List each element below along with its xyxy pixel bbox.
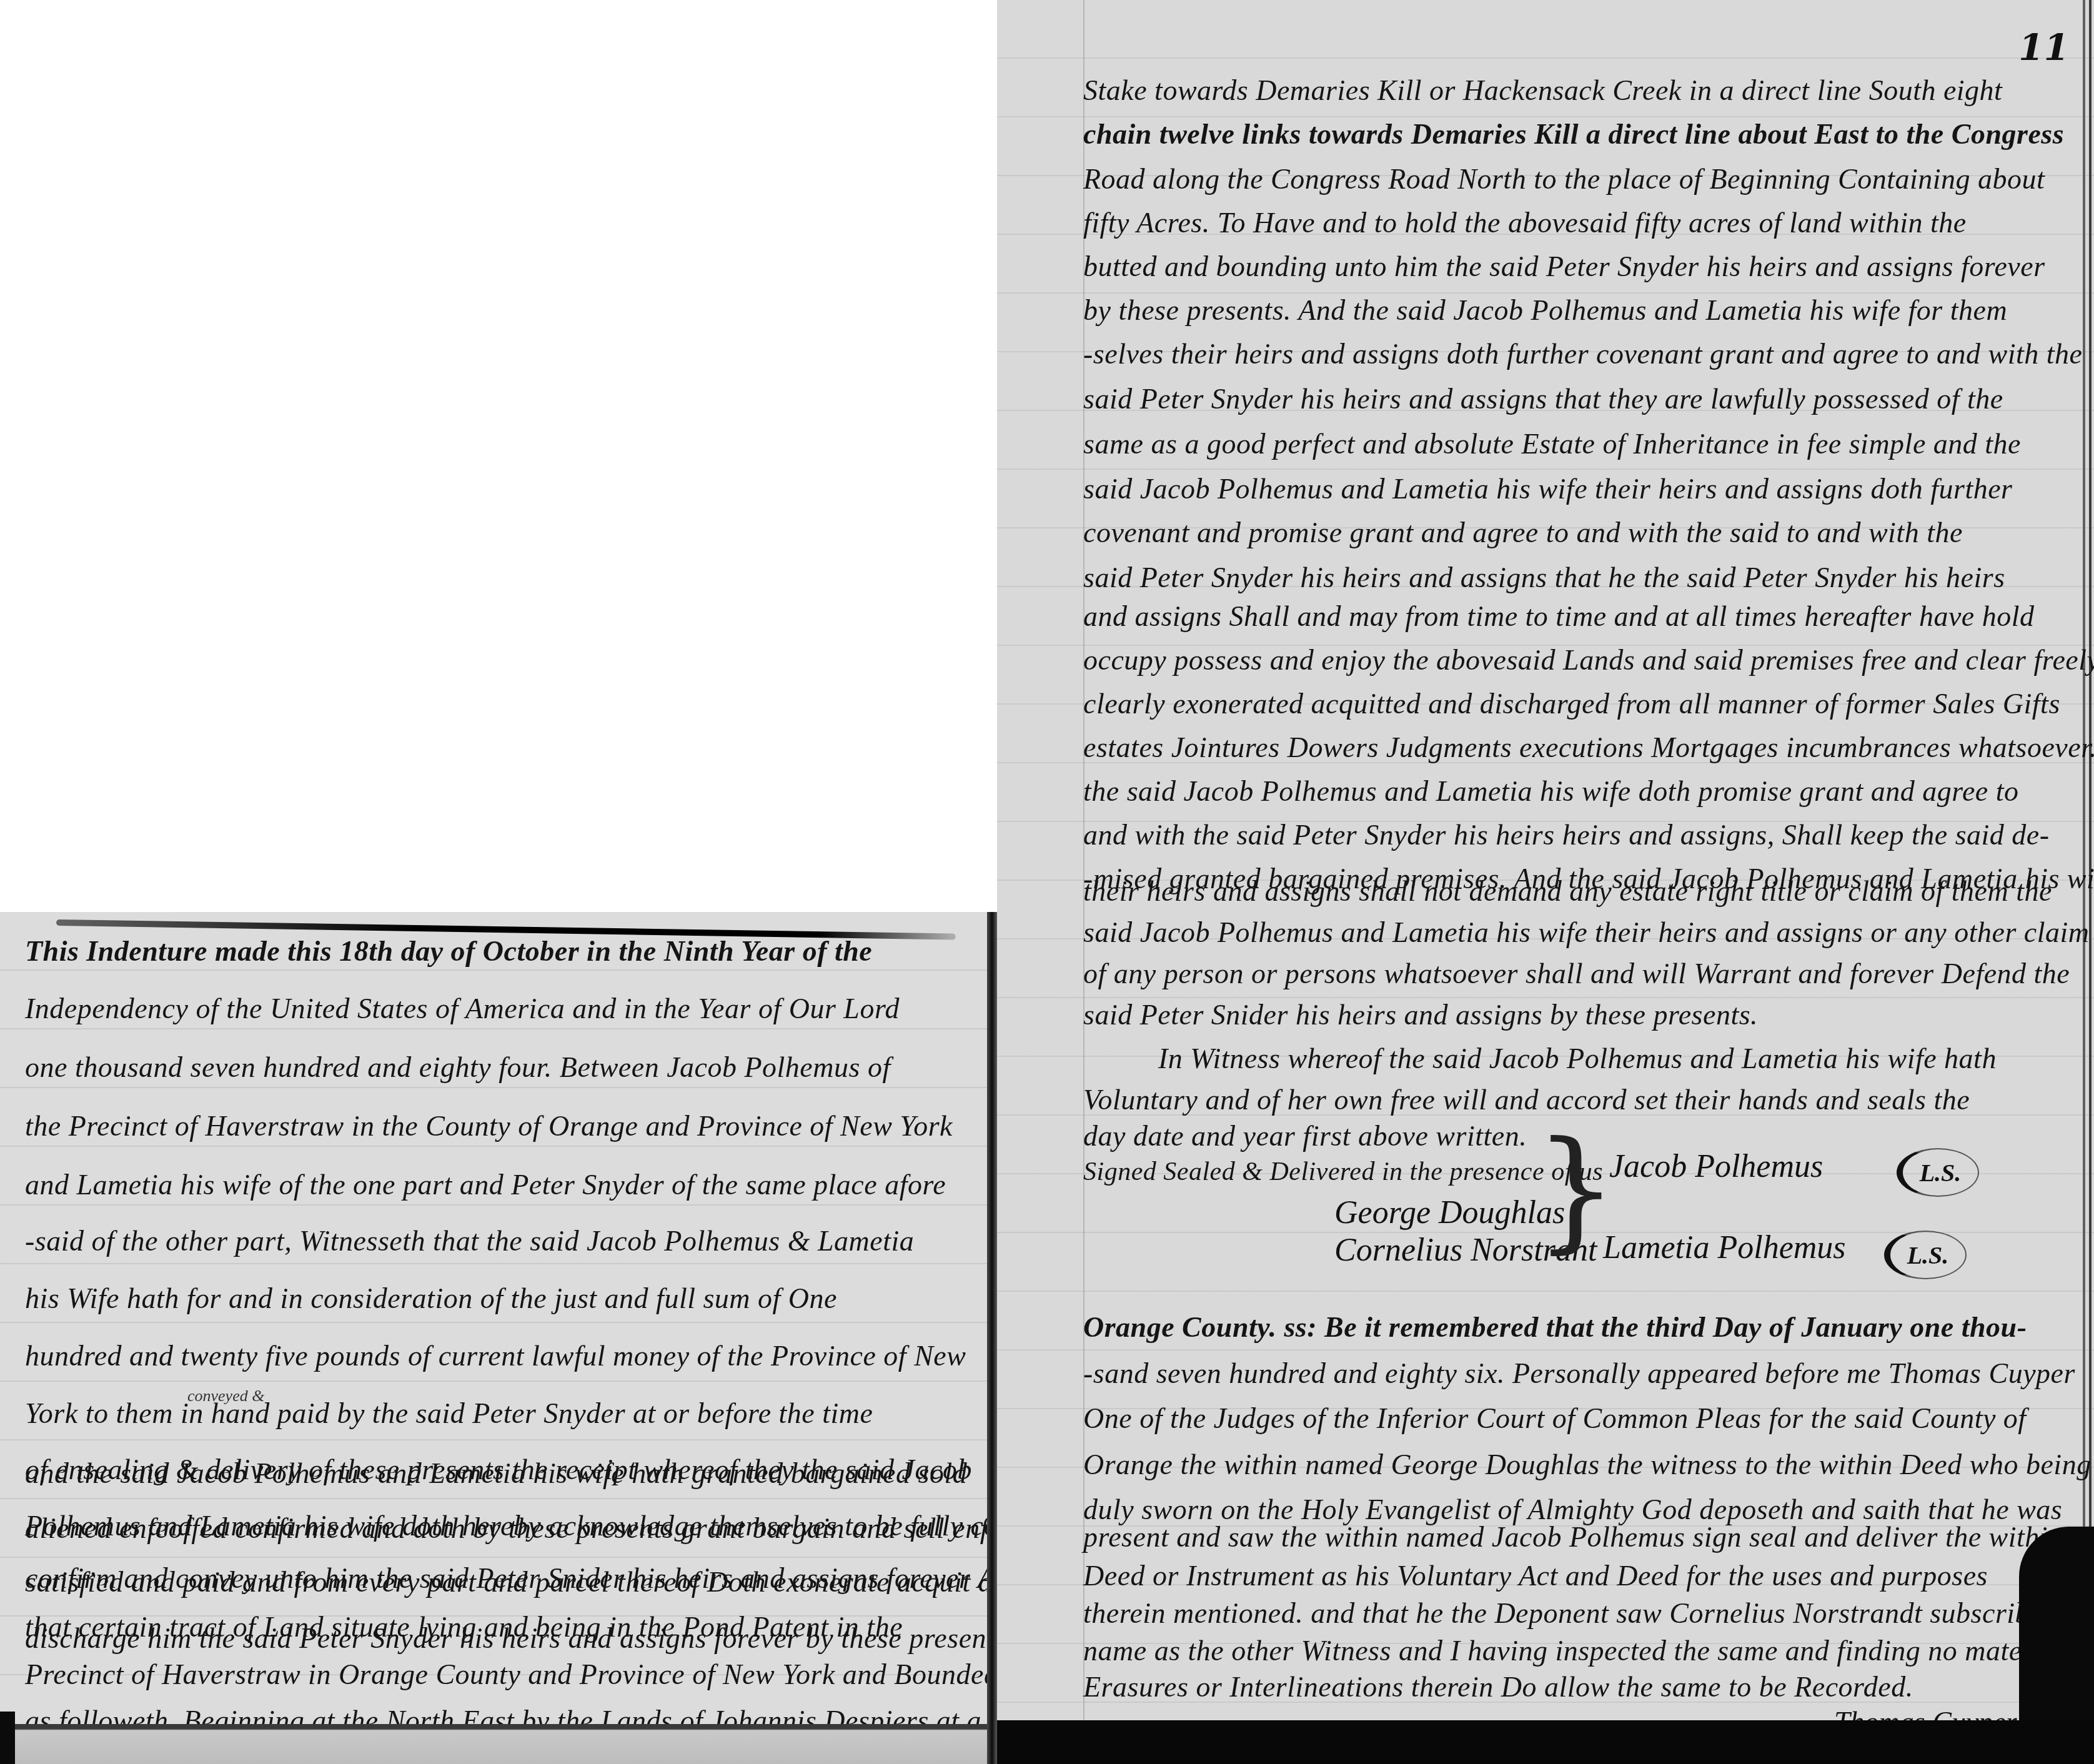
text-line: and the said Jacob Polhemus and Lametia … bbox=[25, 1457, 967, 1490]
text-line: said Jacob Polhemus and Lametia his wife… bbox=[1083, 472, 2012, 505]
text-line: therein mentioned. and that he the Depon… bbox=[1083, 1597, 2085, 1630]
text-line: Precinct of Haverstraw in Orange County … bbox=[25, 1658, 987, 1691]
page-edge-corner bbox=[0, 1712, 15, 1764]
text-line: fifty Acres. To Have and to hold the abo… bbox=[1083, 206, 1967, 239]
text-line: Deed or Instrument as his Voluntary Act … bbox=[1083, 1559, 1988, 1592]
page-edge-right-outer bbox=[2089, 0, 2092, 1562]
text-line: Stake towards Demaries Kill or Hackensac… bbox=[1083, 74, 2002, 107]
page-bottom-shadow bbox=[997, 1720, 2094, 1764]
text-line: name as the other Witness and I having i… bbox=[1083, 1634, 2065, 1667]
page-edge-bottom bbox=[0, 1724, 987, 1764]
text-line: -selves their heirs and assigns doth fur… bbox=[1083, 337, 2083, 370]
text-line: of any person or persons whatsoever shal… bbox=[1083, 957, 2070, 990]
grantor-signature: Jacob Polhemus bbox=[1609, 1148, 1823, 1185]
text-line: -sand seven hundred and eighty six. Pers… bbox=[1083, 1357, 2075, 1390]
text-line: and assigns Shall and may from time to t… bbox=[1083, 600, 2035, 633]
text-line: day date and year first above written. bbox=[1083, 1119, 1527, 1152]
text-line: aliened enfeoffed confirmed and doth by … bbox=[25, 1512, 987, 1545]
text-line: butted and bounding unto him the said Pe… bbox=[1083, 250, 2045, 283]
text-line: and with the said Peter Snyder his heirs… bbox=[1083, 818, 2050, 851]
text-line: estates Jointures Dowers Judgments execu… bbox=[1083, 731, 2094, 764]
seal-mark: L.S. bbox=[1884, 1231, 1967, 1279]
text-line: the said Jacob Polhemus and Lametia his … bbox=[1083, 775, 2019, 808]
left-page-lower-text: and the said Jacob Polhemus and Lametia … bbox=[0, 1449, 987, 1764]
text-line: said Peter Snyder his heirs and assigns … bbox=[1083, 382, 2003, 415]
text-line: said Peter Snyder his heirs and assigns … bbox=[1083, 561, 2005, 594]
text-line: In Witness whereof the said Jacob Polhem… bbox=[1083, 1042, 1997, 1075]
attestation-label: Signed Sealed & Delivered in the presenc… bbox=[1083, 1157, 1603, 1187]
text-line: said Peter Snider his heirs and assigns … bbox=[1083, 998, 1758, 1031]
grantor-signature: Lametia Polhemus bbox=[1603, 1229, 1846, 1266]
text-line: by these presents. And the said Jacob Po… bbox=[1083, 294, 2007, 327]
text-line: Road along the Congress Road North to th… bbox=[1083, 162, 2045, 196]
text-line: occupy possess and enjoy the abovesaid L… bbox=[1083, 643, 2094, 676]
text-line: Orange the within named George Doughlas … bbox=[1083, 1448, 2092, 1481]
text-line: clearly exonerated acquitted and dischar… bbox=[1083, 687, 2060, 720]
text-line: Voluntary and of her own free will and a… bbox=[1083, 1083, 1970, 1116]
blank-area bbox=[0, 0, 997, 912]
text-line: said Jacob Polhemus and Lametia his wife… bbox=[1083, 916, 2090, 949]
text-line: Erasures or Interlineations therein Do a… bbox=[1083, 1670, 1913, 1703]
text-line: confirm and convey unto him the said Pet… bbox=[25, 1562, 987, 1595]
page-number: 11 bbox=[2018, 26, 2069, 69]
text-line: Orange County. ss: Be it remembered that… bbox=[1083, 1311, 2027, 1344]
witness-signature: George Doughlas bbox=[1334, 1194, 1565, 1231]
book-gutter bbox=[987, 912, 997, 1764]
text-line: covenant and promise grant and agree to … bbox=[1083, 516, 1963, 549]
text-line: chain twelve links towards Demaries Kill… bbox=[1083, 117, 2064, 151]
text-line: their heirs and assigns shall not demand… bbox=[1083, 875, 2052, 908]
seal-mark: L.S. bbox=[1897, 1148, 1979, 1197]
text-line: same as a good perfect and absolute Esta… bbox=[1083, 427, 2021, 460]
right-page: 11 Stake towards Demaries Kill or Hacken… bbox=[997, 0, 2094, 1764]
text-line: One of the Judges of the Inferior Court … bbox=[1083, 1402, 2027, 1435]
text-line: that certain tract of Land situate lying… bbox=[25, 1610, 903, 1643]
page-edge-right bbox=[2083, 0, 2085, 1562]
text-line: present and saw the within named Jacob P… bbox=[1083, 1520, 2063, 1553]
